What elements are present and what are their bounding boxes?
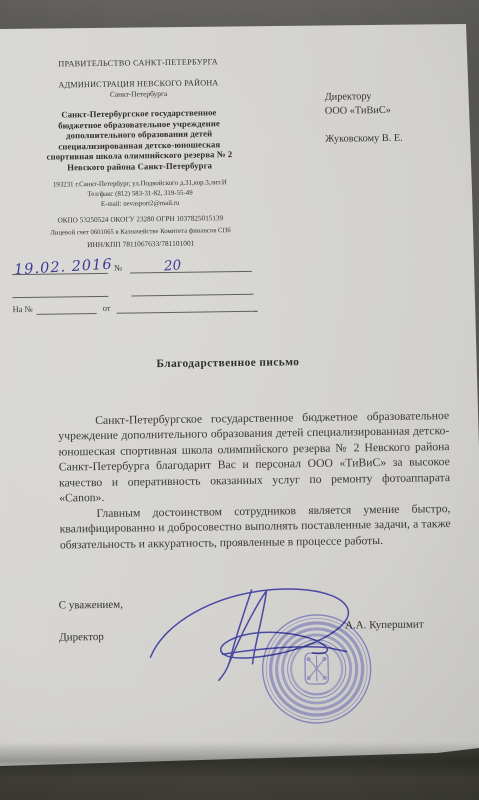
body-paragraph: Санкт-Петербургское государственное бюдж… (58, 408, 450, 506)
addressee-position: Директору (325, 90, 403, 105)
administration-subline: Санкт-Петербурга (19, 88, 259, 100)
body-paragraph: Главным достоинством сотрудников являетс… (59, 501, 451, 553)
addressee-company: ООО «ТиВиС» (325, 104, 403, 119)
document-photo: ПРАВИТЕЛЬСТВО САНКТ-ПЕТЕРБУРГА АДМИНИСТР… (0, 0, 479, 800)
reply-number-field (37, 301, 97, 315)
letter-title: Благодарственное письмо (25, 354, 430, 372)
inn-kpp: ИНН/КПП 7811067633/781101001 (21, 237, 261, 249)
from-label: от (103, 303, 111, 313)
letter-content: ПРАВИТЕЛЬСТВО САНКТ-ПЕТЕРБУРГА АДМИНИСТР… (0, 0, 479, 800)
date-number-row: 19.02. 2016 № 20 (12, 257, 257, 275)
handwritten-date: 19.02. 2016 (14, 257, 113, 279)
number-field: 20 (130, 257, 252, 274)
handwritten-signature (141, 576, 380, 687)
reply-date-field (117, 299, 258, 314)
reply-to-label: На № (13, 304, 33, 314)
treasury-account: Лицевой счет 0601065 в Казначействе Коми… (20, 226, 260, 236)
date-field: 19.02. 2016 (12, 259, 108, 275)
government-line: ПРАВИТЕЛЬСТВО САНКТ-ПЕТЕРБУРГА (18, 57, 258, 69)
organization-name: Санкт-Петербургское государственное бюдж… (19, 107, 260, 174)
paper-sheet: ПРАВИТЕЛЬСТВО САНКТ-ПЕТЕРБУРГА АДМИНИСТР… (0, 0, 479, 800)
handwritten-number: 20 (164, 257, 182, 274)
number-sign: № (114, 263, 122, 273)
addressee-block: Директору ООО «ТиВиС» Жуковскому В. Е. (325, 90, 403, 147)
registry-codes: ОКПО 53250524 ОКОГУ 23280 ОГРН 103782501… (20, 213, 260, 224)
blank-rule (131, 280, 253, 297)
addressee-name: Жуковскому В. Е. (325, 131, 403, 146)
contact-block: 193231 г.Санкт-Петербург, ул.Подвойского… (20, 177, 260, 210)
letterhead: ПРАВИТЕЛЬСТВО САНКТ-ПЕТЕРБУРГА АДМИНИСТР… (18, 57, 261, 250)
closing-line: С уважением, (59, 599, 123, 612)
blank-rule (12, 282, 108, 298)
email: E-mail: nevasport2@mail.ru (20, 197, 260, 210)
signer-position: Директор (59, 631, 104, 644)
reply-reference-row: На № от (13, 299, 258, 315)
reference-block: 19.02. 2016 № 20 На № от (12, 257, 258, 315)
letter-body: Санкт-Петербургское государственное бюдж… (58, 408, 451, 552)
ruled-line-row (12, 280, 257, 298)
